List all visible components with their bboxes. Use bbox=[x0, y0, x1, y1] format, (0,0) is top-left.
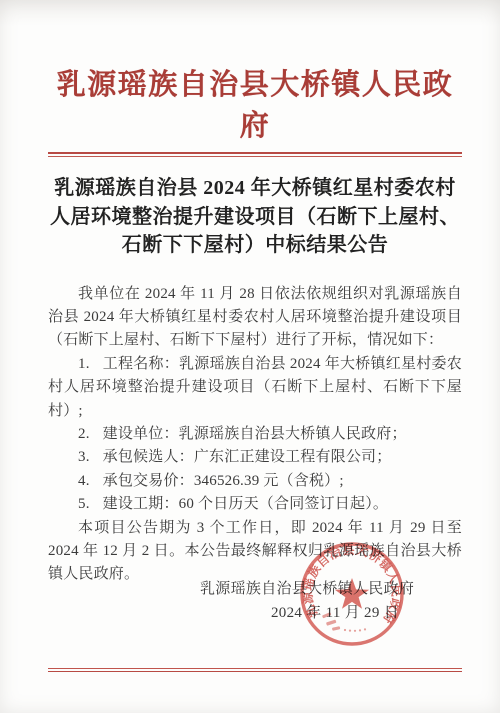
document-title: 乳源瑶族自治县 2024 年大桥镇红星村委农村 人居环境整治提升建设项目（石断下… bbox=[48, 174, 462, 260]
seal-code-marks bbox=[322, 612, 366, 632]
seal-star-icon bbox=[335, 578, 369, 609]
list-item-3: 3.承包候选人：广东汇正建设工程有限公司； bbox=[48, 446, 462, 469]
list-item-2-number: 2. bbox=[78, 426, 90, 442]
document-page: 乳源瑶族自治县大桥镇人民政府 乳源瑶族自治县 2024 年大桥镇红星村委农村 人… bbox=[0, 0, 500, 713]
list-item-5: 5.建设工期：60 个日历天（合同签订日起）。 bbox=[48, 493, 462, 516]
document-title-line-2: 人居环境整治提升建设项目（石断下上屋村、 bbox=[48, 203, 462, 232]
list-item-4: 4.承包交易价：346526.39 元（含税）; bbox=[48, 470, 462, 493]
official-seal: 乳源瑶族自治县大桥镇人民政府 bbox=[296, 538, 408, 650]
masthead-double-rule bbox=[48, 152, 462, 157]
list-item-5-number: 5. bbox=[78, 496, 90, 512]
list-item-4-text: 承包交易价：346526.39 元（含税）; bbox=[103, 473, 344, 489]
masthead-title: 乳源瑶族自治县大桥镇人民政府 bbox=[48, 0, 462, 144]
list-item-1-text: 工程名称：乳源瑶族自治县 2024 年大桥镇红星村委农村人居环境整治提升建设项目… bbox=[48, 356, 462, 419]
intro-paragraph: 我单位在 2024 年 11 月 28 日依法依规组织对乳源瑶族自治县 2024… bbox=[48, 283, 462, 353]
list-item-1: 1.工程名称：乳源瑶族自治县 2024 年大桥镇红星村委农村人居环境整治提升建设… bbox=[48, 353, 462, 423]
list-item-3-text: 承包候选人：广东汇正建设工程有限公司； bbox=[103, 449, 392, 465]
list-item-4-number: 4. bbox=[78, 473, 90, 489]
list-item-2: 2.建设单位：乳源瑶族自治县大桥镇人民政府； bbox=[48, 423, 462, 446]
list-item-3-number: 3. bbox=[78, 449, 90, 465]
document-title-line-1: 乳源瑶族自治县 2024 年大桥镇红星村委农村 bbox=[48, 174, 462, 203]
list-item-5-text: 建设工期：60 个日历天（合同签订日起）。 bbox=[103, 496, 388, 512]
footer-double-rule bbox=[48, 668, 462, 672]
document-title-line-3: 石断下下屋村）中标结果公告 bbox=[48, 231, 462, 260]
list-item-1-number: 1. bbox=[78, 356, 90, 372]
list-item-2-text: 建设单位：乳源瑶族自治县大桥镇人民政府； bbox=[103, 426, 407, 442]
